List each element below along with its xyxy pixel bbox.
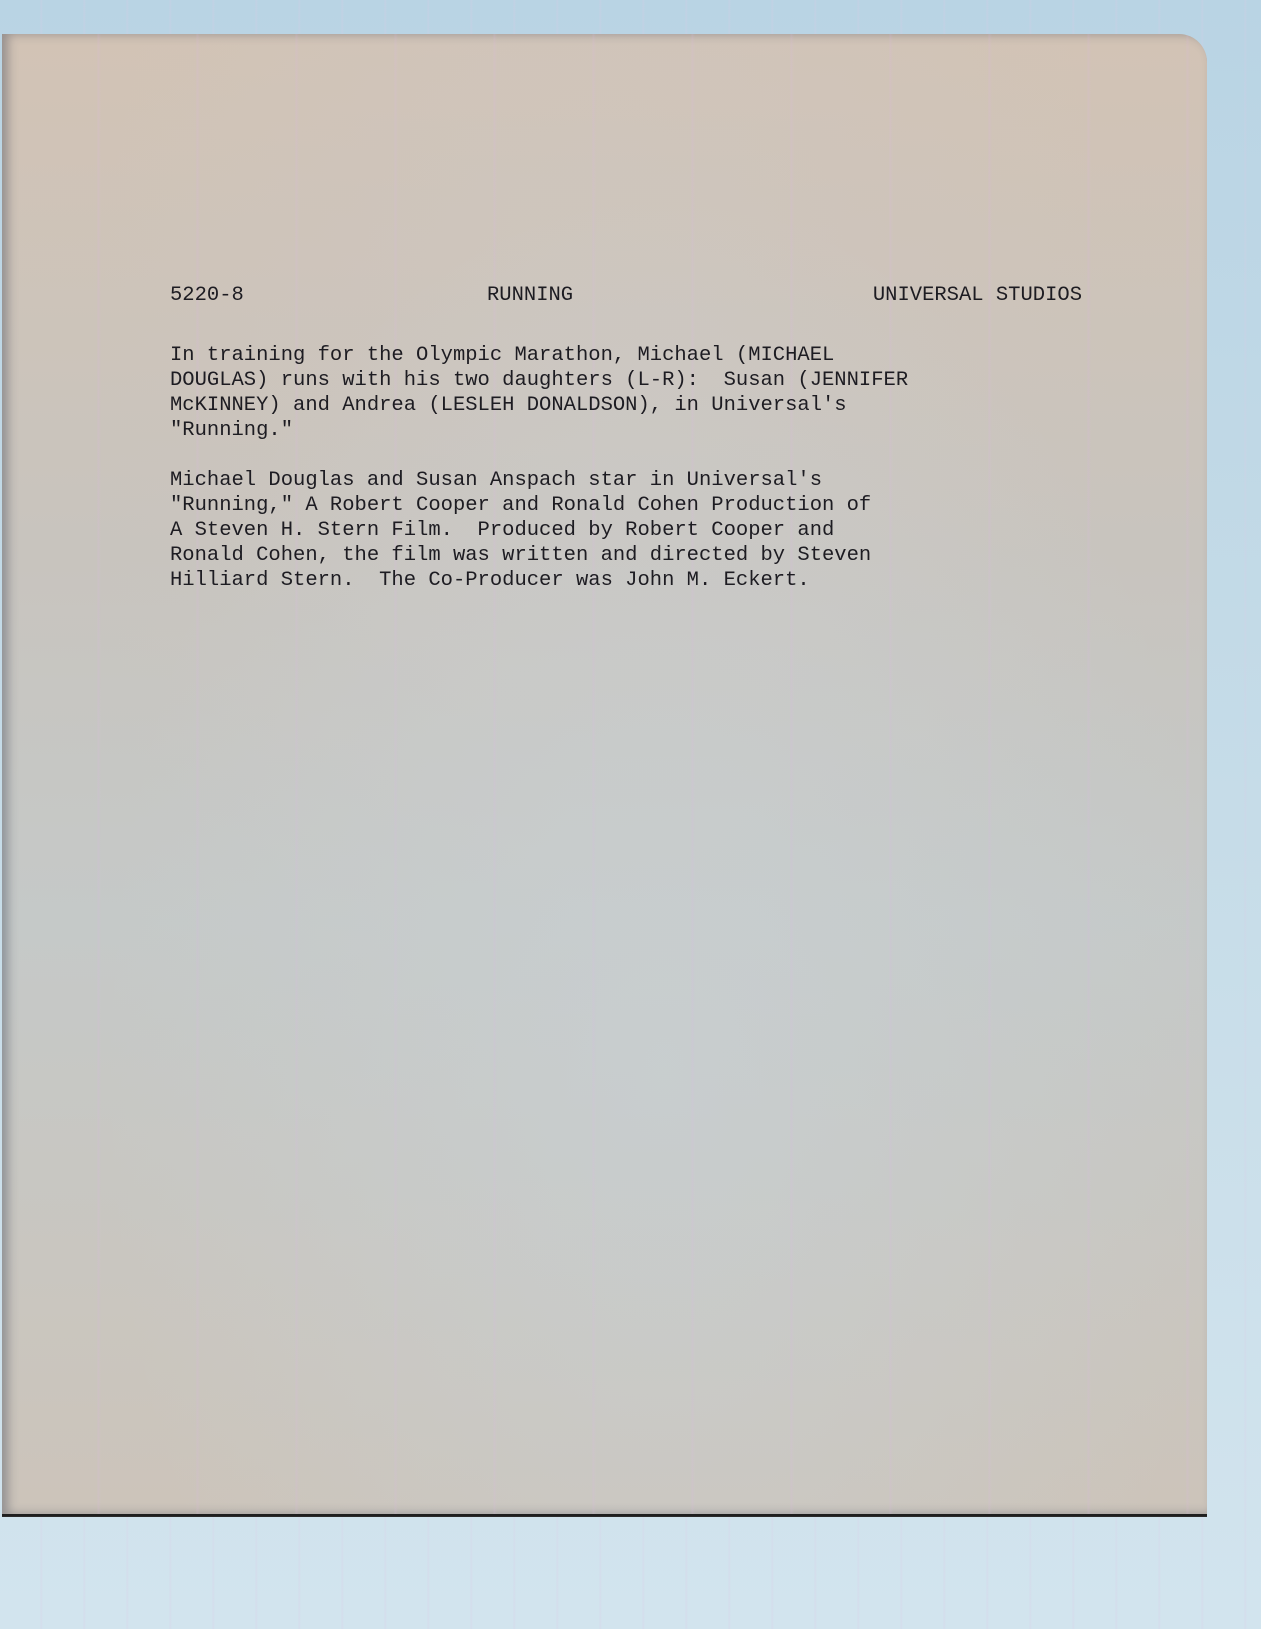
still-number: 5220-8 — [170, 284, 244, 307]
text-line: Michael Douglas and Susan Anspach star i… — [170, 468, 1130, 493]
text-line: A Steven H. Stern Film. Produced by Robe… — [170, 518, 1130, 543]
text-line: DOUGLAS) runs with his two daughters (L-… — [170, 368, 1130, 393]
text-line: McKINNEY) and Andrea (LESLEH DONALDSON),… — [170, 393, 1130, 418]
text-line: "Running," A Robert Cooper and Ronald Co… — [170, 493, 1130, 518]
text-line: Ronald Cohen, the film was written and d… — [170, 543, 1130, 568]
document-header: 5220-8 RUNNING UNIVERSAL STUDIOS — [170, 284, 1082, 310]
caption-paragraph: In training for the Olympic Marathon, Mi… — [170, 343, 1130, 443]
text-line: Hilliard Stern. The Co-Producer was John… — [170, 568, 1130, 593]
studio-name: UNIVERSAL STUDIOS — [873, 284, 1082, 307]
press-sheet — [2, 34, 1207, 1516]
film-title: RUNNING — [487, 284, 573, 307]
text-line: "Running." — [170, 418, 1130, 443]
text-line: In training for the Olympic Marathon, Mi… — [170, 343, 1130, 368]
credits-paragraph: Michael Douglas and Susan Anspach star i… — [170, 468, 1130, 593]
